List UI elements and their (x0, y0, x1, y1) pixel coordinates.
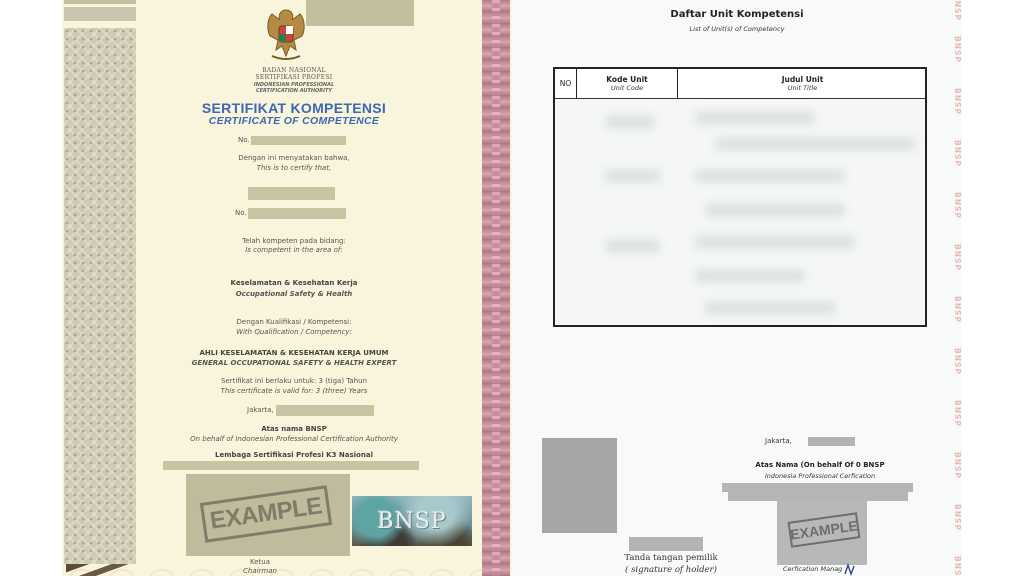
competent-area-label-en: Is competent in the area of: (134, 246, 454, 254)
holder-signature-label-id: Tanda tangan pemilik (596, 553, 746, 563)
certificate-subtitle: CERTIFICATE OF COMPETENCE (134, 115, 454, 127)
authority-name-right: Indonesia Professional Cerfication (700, 472, 940, 480)
watermark-text: BNSP (948, 348, 962, 375)
redacted-holder-name (248, 187, 335, 200)
certificate-title: SERTIFIKAT KOMPETENSI (134, 100, 454, 116)
example-stamp-right: EXAMPLE (788, 512, 861, 547)
seal-text: BNSP (377, 509, 446, 534)
signer-title-right: Cerfication Manag (783, 565, 842, 573)
decorative-box (64, 7, 136, 21)
validity-id: Sertifikat ini berlaku untuk: 3 (tiga) T… (134, 377, 454, 385)
qualification-en: GENERAL OCCUPATIONAL SAFETY & HEALTH EXP… (124, 359, 464, 367)
certify-statement-en: This is to certify that, (134, 164, 454, 172)
competence-field-id: Keselamatan & Kesehatan Kerja (134, 279, 454, 287)
redacted-manager-signature: EXAMPLE (777, 501, 867, 565)
example-stamp: EXAMPLE (200, 485, 332, 542)
security-border (482, 0, 510, 576)
column-header-unit-title: Judul Unit Unit Title (678, 69, 927, 98)
holder-signature-label-en: ( signature of holder) (596, 565, 746, 575)
issue-place-right: Jakarta, (765, 437, 792, 445)
blurred-row (705, 301, 835, 315)
watermark-text: BNSP (948, 452, 962, 479)
watermark-text: BNSP (948, 504, 962, 531)
issuer-name-line-1: BADAN NASIONAL (134, 67, 454, 74)
registration-number-label: No. (235, 209, 247, 217)
redacted-certificate-number (251, 136, 346, 145)
blurred-row (695, 169, 845, 183)
bnsp-watermark-column: BNSP BNSP BNSP BNSP BNSP BNSP BNSP BNSP … (948, 0, 962, 576)
qualification-id: AHLI KESELAMATAN & KESEHATAN KERJA UMUM (124, 349, 464, 357)
blurred-row (705, 203, 845, 217)
certification-institution: Lembaga Sertifikasi Profesi K3 Nasional (134, 451, 454, 459)
redacted-institution-detail (163, 461, 419, 470)
redacted-holder-signature (629, 537, 703, 551)
watermark-text: BNSP (948, 244, 962, 271)
redacted-signature-area: EXAMPLE (186, 474, 350, 556)
qualification-label-en: With Qualification / Competency: (134, 328, 454, 336)
watermark-text: BNSP (948, 192, 962, 219)
watermark-text: BNSP (948, 296, 962, 323)
blurred-row (605, 239, 660, 253)
blurred-row (695, 111, 815, 125)
issue-place: Jakarta, (247, 406, 274, 414)
blurred-row (605, 115, 655, 129)
competent-area-label-id: Telah kompeten pada bidang: (134, 237, 454, 245)
competence-field-en: Occupational Safety & Health (134, 290, 454, 298)
signer-title-en: Chairman (200, 567, 320, 575)
watermark-text: BNSP (948, 556, 962, 576)
watermark-text: BNSP (948, 140, 962, 167)
garuda-emblem-icon (258, 6, 314, 64)
redacted-table-body (555, 99, 925, 325)
certify-statement-id: Dengan ini menyatakan bahwa, (134, 154, 454, 162)
redacted-photo-area (306, 0, 414, 26)
units-list-subtitle: List of Unit(s) of Competency (512, 25, 962, 33)
issuer-name-line-2: SERTIFIKASI PROFESI (134, 74, 454, 81)
watermark-text: BNSP (948, 36, 962, 63)
redacted-authority-detail-2 (728, 492, 908, 501)
on-behalf-right: Atas Nama (On behalf Of 0 BNSP (700, 461, 940, 469)
signer-title-id: Ketua (200, 558, 320, 566)
watermark-text: BNSP (948, 0, 962, 21)
units-list-title: Daftar Unit Kompetensi (512, 9, 962, 20)
validity-en: This certificate is valid for: 3 (three)… (134, 387, 454, 395)
watermark-text: BNSP (948, 88, 962, 115)
guilloche-security-strip (64, 28, 136, 564)
on-behalf-id: Atas nama BNSP (134, 425, 454, 433)
blurred-row (605, 169, 660, 183)
competency-units-table: NO Kode Unit Unit Code Judul Unit Unit T… (553, 67, 927, 327)
column-header-unit-code: Kode Unit Unit Code (577, 69, 678, 98)
blurred-row (715, 137, 915, 151)
blurred-row (695, 269, 805, 283)
decorative-bar (64, 0, 136, 4)
bnsp-hologram-seal: BNSP (352, 496, 472, 546)
issuer-english-line-2: CERTIFICATION AUTHORITY (134, 88, 454, 94)
blurred-row (695, 235, 855, 249)
on-behalf-en: On behalf of Indonesian Professional Cer… (114, 435, 474, 443)
redacted-holder-photo (542, 438, 617, 533)
watermark-text: BNSP (948, 400, 962, 427)
redacted-authority-detail-1 (722, 483, 913, 492)
bottom-ornament-dark (66, 564, 146, 576)
redacted-registration-number (248, 208, 346, 219)
table-header: NO Kode Unit Unit Code Judul Unit Unit T… (555, 69, 925, 99)
pen-signature-icon (843, 562, 857, 576)
certificate-number-label: No. (238, 136, 250, 144)
redacted-issue-date (276, 405, 374, 416)
column-header-no: NO (555, 69, 577, 98)
qualification-label-id: Dengan Kualifikasi / Kompetensi: (134, 318, 454, 326)
redacted-issue-date-right (808, 437, 855, 446)
